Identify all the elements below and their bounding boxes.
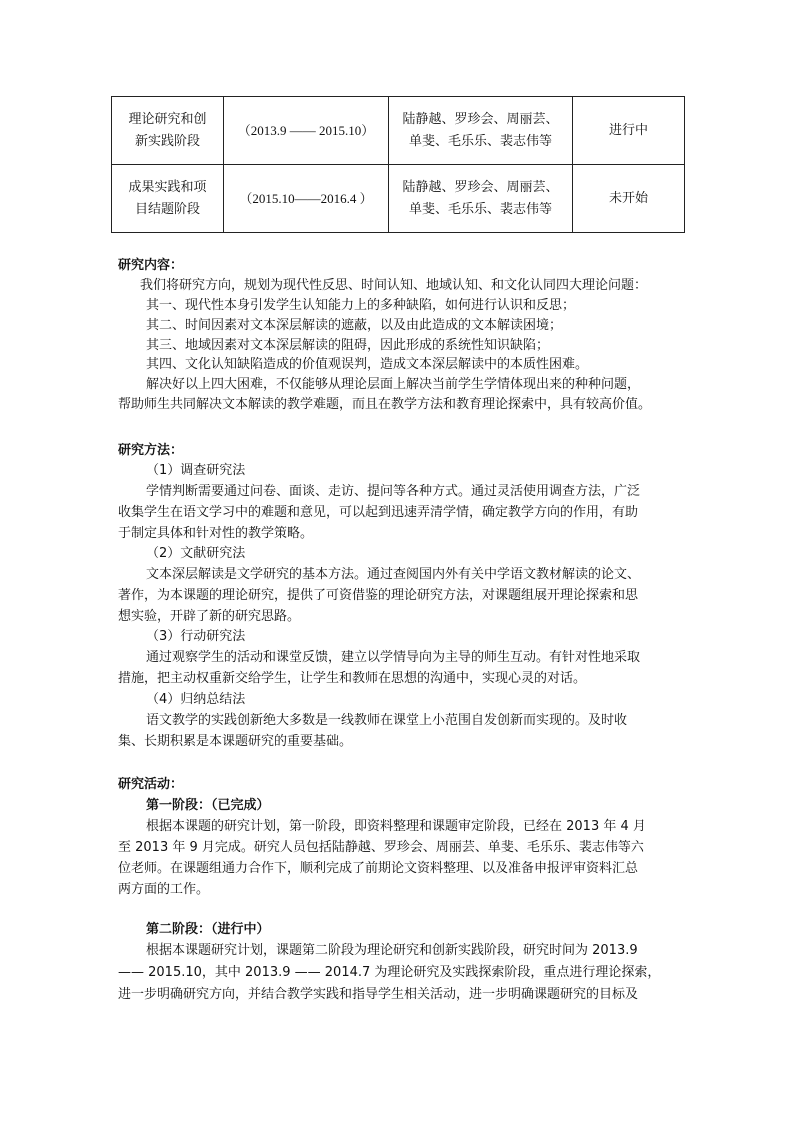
document-page: 理论研究和创新实践阶段 （2013.9 —— 2015.10） 陆静越、罗珍会、… [0, 0, 794, 1123]
method-title: （1）调查研究法 [146, 461, 245, 481]
stage-name-cell: 成果实践和项目结题阶段 [112, 165, 224, 233]
table-row: 理论研究和创新实践阶段 （2013.9 —— 2015.10） 陆静越、罗珍会、… [112, 97, 685, 165]
stage-name-line: 理论研究和创 [128, 112, 206, 127]
method-text: 于制定具体和针对性的教学策略。 [118, 524, 313, 544]
phase-text: 根据本课题的研究计划，第一阶段，即资料整理和课题审定阶段，已经在 2013 年 … [146, 817, 646, 837]
research-content-item: 其三、地域因素对文本深层解读的阻碍，因此形成的系统性知识缺陷； [146, 336, 549, 356]
research-content-item: 其四、文化认知缺陷造成的价值观误判，造成文本深层解读中的本质性困难。 [146, 355, 588, 375]
stage-name-line: 新实践阶段 [135, 134, 200, 149]
stage-name-line: 目结题阶段 [135, 202, 200, 217]
method-text: 文本深层解读是文学研究的基本方法。通过查阅国内外有关中学语文教材解读的论文、 [146, 565, 640, 585]
stage-status-cell: 进行中 [573, 97, 685, 165]
method-text: 想实验，开辟了新的研究思路。 [118, 607, 300, 627]
method-text: 学情判断需要通过问卷、面谈、走访、提问等各种方式。通过灵活使用调查方法，广泛 [146, 482, 640, 502]
phase-title: 第一阶段：（已完成） [146, 796, 270, 816]
phase-text: 至 2013 年 9 月完成。研究人员包括陆静越、罗珍会、周丽芸、单斐、毛乐乐、… [118, 838, 644, 858]
phase-title: 第二阶段：（进行中） [146, 920, 270, 940]
phase-text: 进一步明确研究方向，并结合教学实践和指导学生相关活动，进一步明确课题研究的目标及 [118, 985, 638, 1005]
research-content-item: 其一、现代性本身引发学生认知能力上的多种缺陷，如何进行认识和反思； [146, 296, 575, 316]
stage-name-line: 成果实践和项 [128, 180, 206, 195]
members-line: 单斐、毛乐乐、裴志伟等 [409, 134, 552, 149]
stage-period-cell: （2013.9 —— 2015.10） [224, 97, 389, 165]
stage-members-cell: 陆静越、罗珍会、周丽芸、单斐、毛乐乐、裴志伟等 [389, 165, 573, 233]
method-title: （2）文献研究法 [146, 544, 245, 564]
method-text: 语文教学的实践创新绝大多数是一线教师在课堂上小范围自发创新而实现的。及时收 [146, 711, 627, 731]
research-content-intro: 我们将研究方向，规划为现代性反思、时间认知、地域认知、和文化认同四大理论问题： [140, 276, 647, 296]
method-text: 通过观察学生的活动和课堂反馈，建立以学情导向为主导的师生互动。有针对性地采取 [146, 648, 640, 668]
phase-text: 根据本课题研究计划，课题第二阶段为理论研究和创新实践阶段，研究时间为 2013.… [146, 941, 638, 961]
phase-text: —— 2015.10，其中 2013.9 —— 2014.7 为理论研究及实践探… [118, 963, 660, 983]
research-content-conclusion: 解决好以上四大困难，不仅能够从理论层面上解决当前学生学情体现出来的种种问题， [146, 375, 640, 395]
stage-period-cell: （2015.10——2016.4 ） [224, 165, 389, 233]
research-content-conclusion: 帮助师生共同解决文本解读的教学难题，而且在教学方法和教育理论探索中，具有较高价值… [118, 395, 651, 415]
members-line: 陆静越、罗珍会、周丽芸、 [402, 180, 558, 195]
method-title: （4）归纳总结法 [146, 690, 245, 710]
members-line: 陆静越、罗珍会、周丽芸、 [402, 112, 558, 127]
research-methods-heading: 研究方法： [118, 441, 183, 461]
method-title: （3）行动研究法 [146, 627, 245, 647]
table-row: 成果实践和项目结题阶段 （2015.10——2016.4 ） 陆静越、罗珍会、周… [112, 165, 685, 233]
stage-name-cell: 理论研究和创新实践阶段 [112, 97, 224, 165]
method-text: 措施，把主动权重新交给学生，让学生和教师在思想的沟通中，实现心灵的对话。 [118, 669, 586, 689]
research-content-heading: 研究内容： [118, 256, 183, 276]
stage-status-cell: 未开始 [573, 165, 685, 233]
members-line: 单斐、毛乐乐、裴志伟等 [409, 202, 552, 217]
phase-text: 位老师。在课题组通力合作下，顺利完成了前期论文资料整理、以及准备申报评审资料汇总 [118, 859, 638, 879]
method-text: 收集学生在语文学习中的难题和意见，可以起到迅速弄清学情，确定教学方向的作用，有助 [118, 503, 638, 523]
method-text: 集、长期积累是本课题研究的重要基础。 [118, 732, 352, 752]
research-activities-heading: 研究活动： [118, 775, 183, 795]
phase-text: 两方面的工作。 [118, 880, 209, 900]
stage-members-cell: 陆静越、罗珍会、周丽芸、单斐、毛乐乐、裴志伟等 [389, 97, 573, 165]
research-stages-table: 理论研究和创新实践阶段 （2013.9 —— 2015.10） 陆静越、罗珍会、… [111, 96, 685, 233]
research-content-item: 其二、时间因素对文本深层解读的遮蔽，以及由此造成的文本解读困境； [146, 316, 562, 336]
method-text: 著作，为本课题的理论研究，提供了可资借鉴的理论研究方法，对课题组展开理论探索和思 [118, 586, 638, 606]
